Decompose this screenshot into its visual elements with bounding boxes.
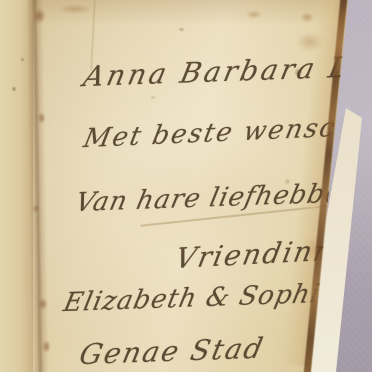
book-photo: Anna Barbara Lamp Met beste wenschen Van… (0, 0, 372, 372)
stain (178, 27, 185, 32)
stain (58, 4, 92, 14)
stain (300, 12, 314, 23)
inscription-line-6: Genae Stad (76, 331, 267, 371)
stain (246, 10, 262, 19)
stain (150, 95, 156, 100)
